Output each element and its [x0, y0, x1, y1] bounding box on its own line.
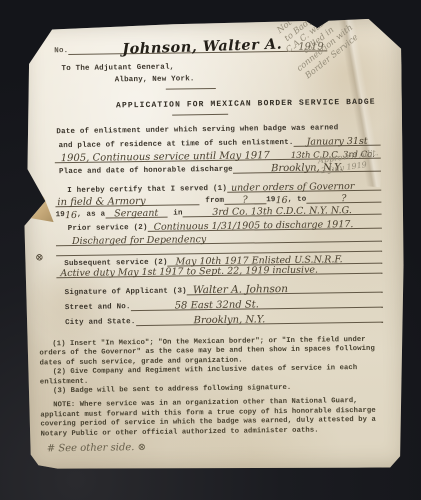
addressee-line2: Albany, New York.	[115, 71, 380, 85]
enlistment-date-entry: January 31st	[306, 136, 367, 148]
divider-rule	[172, 114, 228, 116]
ruled-line: 58 East 32nd St.	[131, 298, 383, 312]
signature-row: Signature of Applicant (3) Walter A. Joh…	[65, 281, 383, 297]
grade-entry: Sergeant	[114, 208, 158, 220]
footnotes-block: (1) Insert "In Mexico"; "On the Mexican …	[57, 336, 384, 397]
in-label: in	[173, 209, 183, 217]
form-title-row: APPLICATION FOR MEXICAN BORDER SERVICE B…	[116, 97, 380, 111]
photo-background: No. Johnson, Walter A. 1919 Not entitled…	[0, 0, 421, 500]
addressee-text: To The Adjutant General,	[61, 64, 174, 74]
to-year-entry: 16	[65, 210, 77, 221]
prior-service-label: Prior service (2)	[68, 224, 148, 233]
no-label: No.	[54, 47, 68, 55]
from-label: from	[205, 197, 224, 205]
city-row: City and State. Brooklyn, N.Y.	[65, 311, 383, 327]
folded-corner	[30, 196, 53, 223]
note-block: NOTE: Where service was in an organizati…	[58, 397, 384, 439]
ruled-line: ?	[224, 194, 266, 205]
document-paper: No. Johnson, Walter A. 1919 Not entitled…	[21, 18, 407, 472]
ruled-line: 3rd Co. 13th C.D.C. N.Y. N.G.	[183, 205, 382, 218]
year-prefix: 19	[266, 196, 276, 204]
organization-entry: 3rd Co. 13th C.D.C. N.Y. N.G.	[212, 205, 352, 218]
city-label: City and State.	[65, 318, 136, 327]
page-title: APPLICATION FOR MEXICAN BORDER SERVICE B…	[116, 98, 376, 111]
ruled-line: January 31st	[294, 136, 381, 147]
note-paragraph: NOTE: Where service was in an organizati…	[40, 397, 384, 439]
street-row: Street and No. 58 East 32nd St.	[65, 296, 383, 312]
ruled-line: Active duty May 1st 1917 to Sept. 22, 19…	[56, 264, 382, 279]
see-other-side-note: # See other side. ⊗	[47, 439, 385, 455]
city-entry: Brooklyn, N.Y.	[193, 314, 265, 326]
year-prefix: 19	[56, 211, 66, 219]
ruled-line: Sergeant	[105, 208, 167, 219]
addressee-text: Albany, New York.	[115, 75, 195, 84]
ruled-line: Walter A. Johnson	[187, 282, 383, 296]
divider-rule	[166, 88, 216, 90]
signature-label: Signature of Applicant (3)	[65, 287, 187, 297]
street-label: Street and No.	[65, 303, 131, 312]
to-label: , to	[288, 196, 307, 204]
active-duty-entry: Active duty May 1st 1917 to Sept. 22, 19…	[60, 265, 318, 280]
pencil-annotation: Not entitled to Badge as C.A.C. was not …	[247, 0, 383, 100]
ruled-line: Brooklyn, N.Y.	[135, 313, 383, 326]
discharge-label: Place and date of honorable discharge	[59, 166, 233, 176]
as-a-label: , as a	[77, 211, 105, 219]
signature-entry: Walter A. Johnson	[193, 283, 288, 296]
circled-x-mark: ⊗	[35, 252, 44, 263]
street-entry: 58 East 32nd St.	[175, 299, 259, 311]
